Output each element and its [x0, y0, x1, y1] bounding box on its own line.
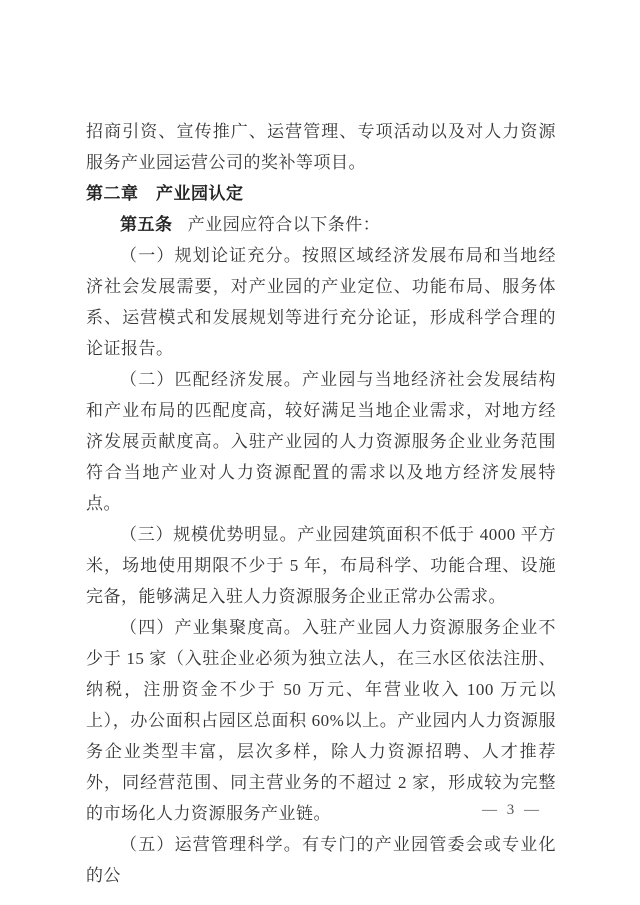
article-5-paragraph: 第五条产业园应符合以下条件：: [86, 209, 556, 240]
article-5-label: 第五条: [120, 215, 173, 234]
condition-item-5: （五）运营管理科学。有专门的产业园管委会或专业化的公: [86, 829, 556, 891]
chapter-heading: 第二章 产业园认定: [86, 178, 556, 209]
condition-item-2: （二）匹配经济发展。产业园与当地经济社会发展结构和产业布局的匹配度高，较好满足当…: [86, 364, 556, 519]
condition-item-1: （一）规划论证充分。按照区域经济发展布局和当地经济社会发展需要，对产业园的产业定…: [86, 240, 556, 364]
document-body: 招商引资、宣传推广、运营管理、专项活动以及对人力资源服务产业园运营公司的奖补等项…: [86, 116, 556, 891]
condition-item-3: （三）规模优势明显。产业园建筑面积不低于 4000 平方米，场地使用期限不少于 …: [86, 519, 556, 612]
page-number: — 3 —: [482, 796, 542, 824]
continuation-paragraph: 招商引资、宣传推广、运营管理、专项活动以及对人力资源服务产业园运营公司的奖补等项…: [86, 116, 556, 178]
article-5-intro: 产业园应符合以下条件：: [188, 215, 381, 234]
document-page: 招商引资、宣传推广、运营管理、专项活动以及对人力资源服务产业园运营公司的奖补等项…: [0, 0, 640, 905]
